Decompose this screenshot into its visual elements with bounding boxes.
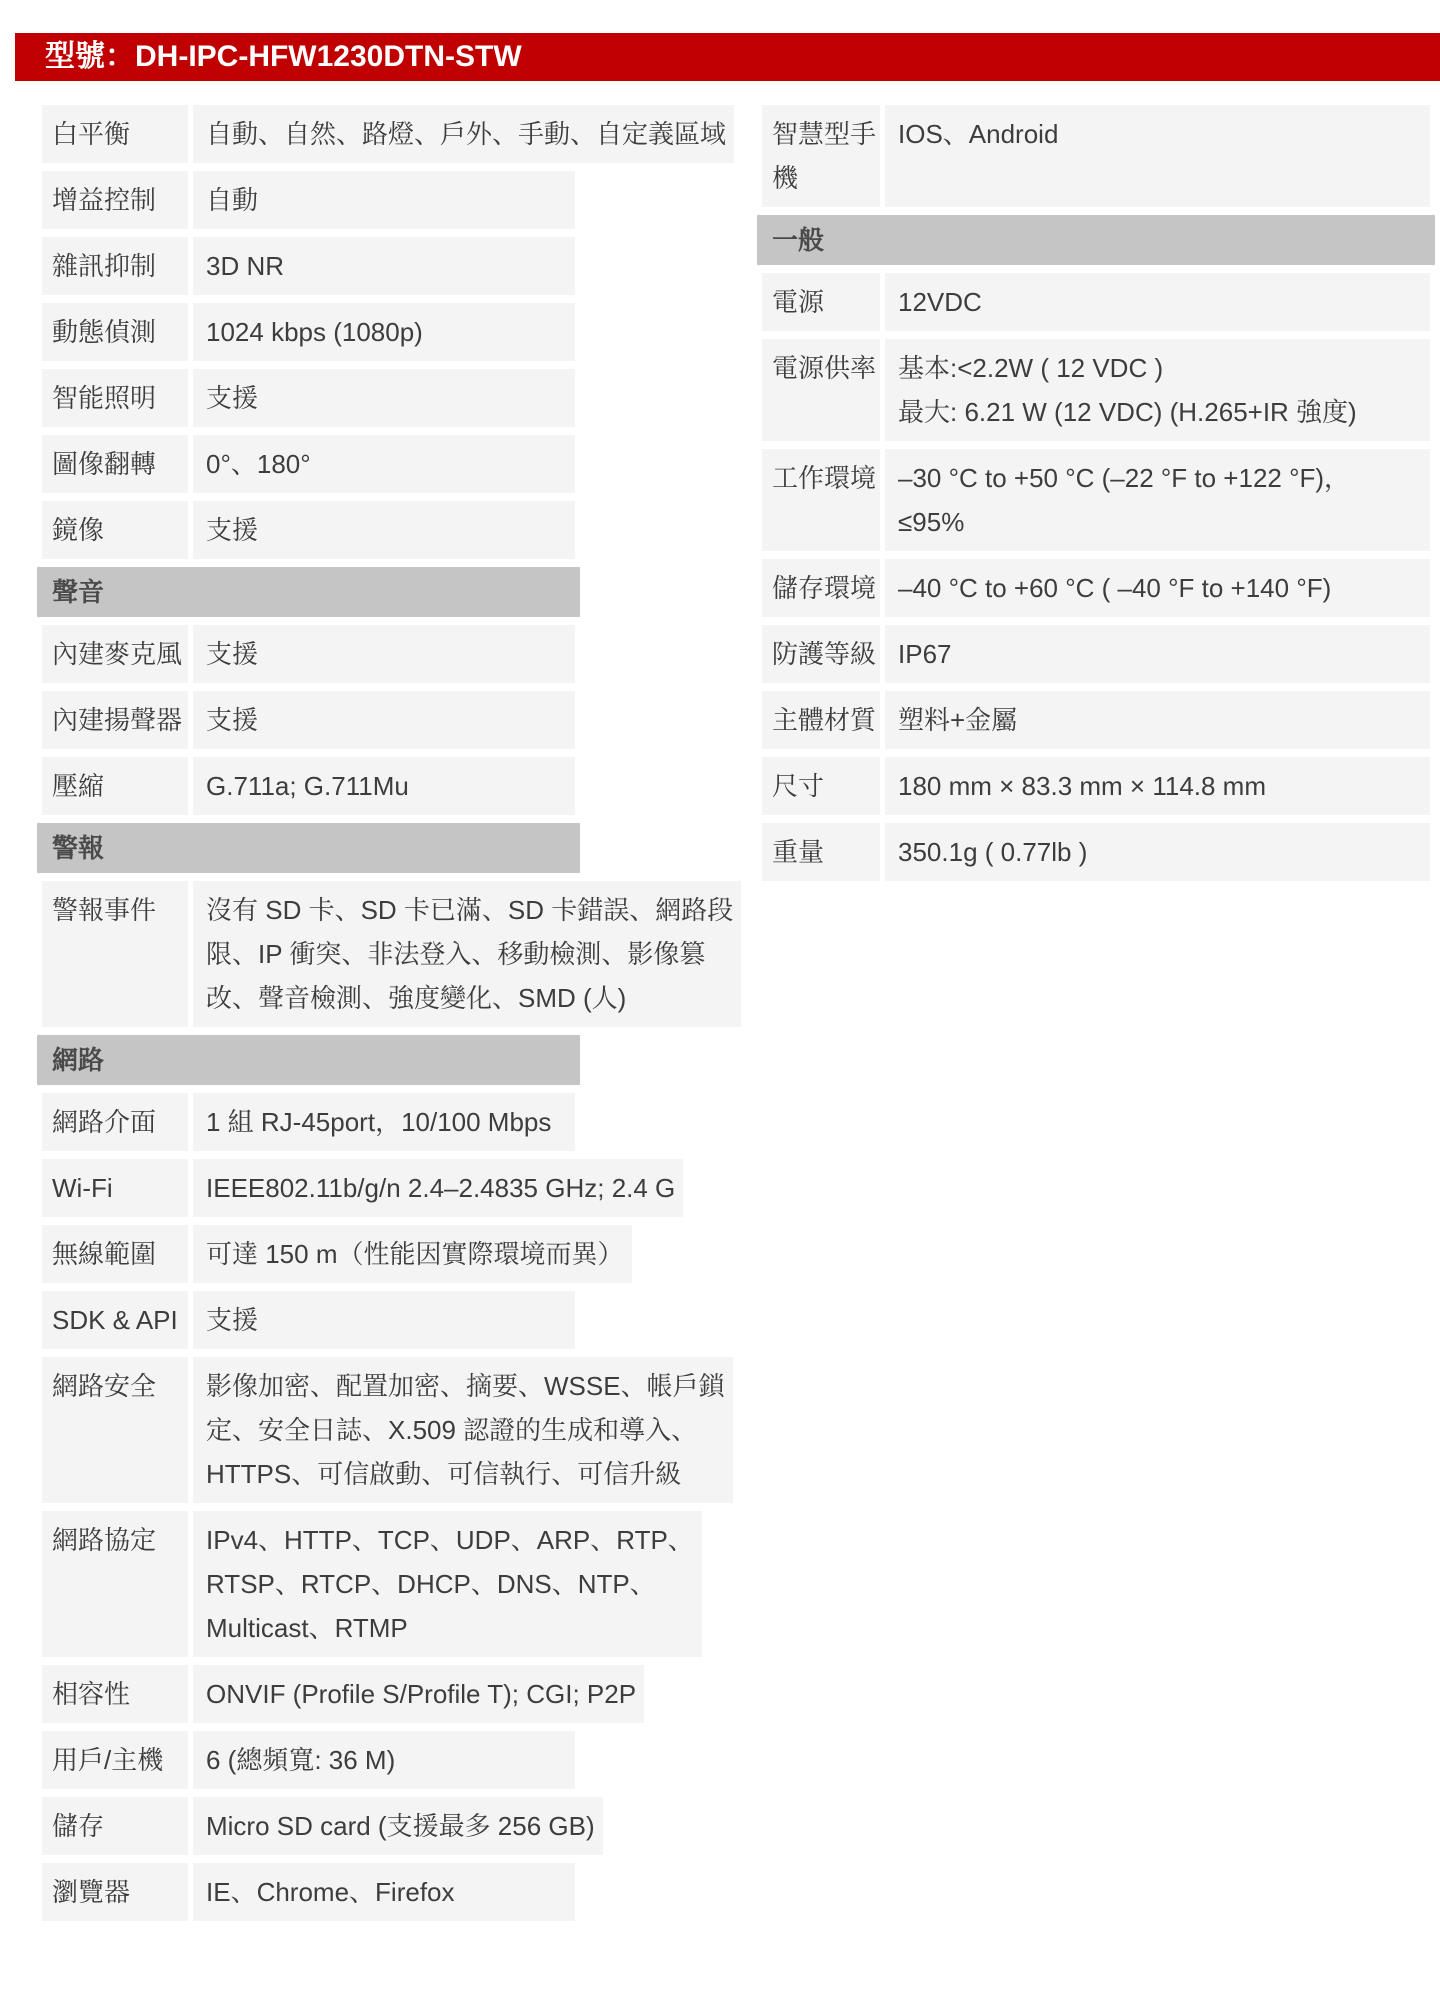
spec-label: 網路介面 bbox=[42, 1093, 188, 1151]
spec-value: –40 °C to +60 °C ( –40 °F to +140 °F) bbox=[885, 559, 1430, 617]
spec-row: 電源供率基本:<2.2W ( 12 VDC )最大: 6.21 W (12 VD… bbox=[762, 339, 1430, 441]
spec-label: 壓縮 bbox=[42, 757, 188, 815]
spec-value: IE、Chrome、Firefox bbox=[193, 1863, 575, 1921]
spec-row: 主體材質塑料+金屬 bbox=[762, 691, 1430, 749]
spec-label: 鏡像 bbox=[42, 501, 188, 559]
spec-value: IOS、Android bbox=[885, 105, 1430, 207]
spec-label: 工作環境 bbox=[762, 449, 880, 551]
spec-label: 儲存 bbox=[42, 1797, 188, 1855]
section-header: 網路 bbox=[37, 1035, 580, 1085]
spec-row: 內建麥克風支援 bbox=[42, 625, 575, 683]
spec-label: 白平衡 bbox=[42, 105, 188, 163]
spec-value: 1 組 RJ-45port，10/100 Mbps bbox=[193, 1093, 575, 1151]
spec-value: 6 (總頻寬: 36 M) bbox=[193, 1731, 575, 1789]
spec-label: 雜訊抑制 bbox=[42, 237, 188, 295]
model-title: 型號：DH-IPC-HFW1230DTN-STW bbox=[45, 40, 522, 73]
model-header-bar: 型號：DH-IPC-HFW1230DTN-STW bbox=[15, 33, 1440, 81]
spec-label: 用戶/主機 bbox=[42, 1731, 188, 1789]
spec-value: 350.1g ( 0.77lb ) bbox=[885, 823, 1430, 881]
spec-value: IPv4、HTTP、TCP、UDP、ARP、RTP、RTSP、RTCP、DHCP… bbox=[193, 1511, 702, 1657]
spec-row: 雜訊抑制3D NR bbox=[42, 237, 575, 295]
spec-label: 內建麥克風 bbox=[42, 625, 188, 683]
spec-value: 支援 bbox=[193, 1291, 575, 1349]
spec-value: –30 °C to +50 °C (–22 °F to +122 °F)，≤95… bbox=[885, 449, 1430, 551]
spec-label: 電源 bbox=[762, 273, 880, 331]
spec-table-left: 白平衡自動、自然、路燈、戶外、手動、自定義區域增益控制自動雜訊抑制3D NR動態… bbox=[42, 105, 575, 1921]
spec-value: IEEE802.11b/g/n 2.4–2.4835 GHz; 2.4 G bbox=[193, 1159, 683, 1217]
spec-row: 重量350.1g ( 0.77lb ) bbox=[762, 823, 1430, 881]
spec-label: 主體材質 bbox=[762, 691, 880, 749]
spec-row: 儲存環境–40 °C to +60 °C ( –40 °F to +140 °F… bbox=[762, 559, 1430, 617]
section-header: 警報 bbox=[37, 823, 580, 873]
spec-label: Wi-Fi bbox=[42, 1159, 188, 1217]
spec-value: 影像加密、配置加密、摘要、WSSE、帳戶鎖定、安全日誌、X.509 認證的生成和… bbox=[193, 1357, 733, 1503]
spec-value: 自動 bbox=[193, 171, 575, 229]
spec-label: 智能照明 bbox=[42, 369, 188, 427]
spec-label: 防護等級 bbox=[762, 625, 880, 683]
section-header: 聲音 bbox=[37, 567, 580, 617]
spec-row: 電源12VDC bbox=[762, 273, 1430, 331]
spec-row: 內建揚聲器支援 bbox=[42, 691, 575, 749]
spec-row: 圖像翻轉0°、180° bbox=[42, 435, 575, 493]
section-header: 一般 bbox=[757, 215, 1435, 265]
spec-row: 無線範圍可達 150 m（性能因實際環境而異） bbox=[42, 1225, 575, 1283]
spec-row: 用戶/主機6 (總頻寬: 36 M) bbox=[42, 1731, 575, 1789]
spec-label: 智慧型手機 bbox=[762, 105, 880, 207]
spec-label: 重量 bbox=[762, 823, 880, 881]
spec-row: 尺寸180 mm × 83.3 mm × 114.8 mm bbox=[762, 757, 1430, 815]
spec-value: 沒有 SD 卡、SD 卡已滿、SD 卡錯誤、網路段限、IP 衝突、非法登入、移動… bbox=[193, 881, 741, 1027]
spec-value: 塑料+金屬 bbox=[885, 691, 1430, 749]
spec-row: 網路介面1 組 RJ-45port，10/100 Mbps bbox=[42, 1093, 575, 1151]
spec-row: 相容性ONVIF (Profile S/Profile T); CGI; P2P bbox=[42, 1665, 575, 1723]
spec-row: 工作環境–30 °C to +50 °C (–22 °F to +122 °F)… bbox=[762, 449, 1430, 551]
spec-value: 3D NR bbox=[193, 237, 575, 295]
spec-row: 警報事件沒有 SD 卡、SD 卡已滿、SD 卡錯誤、網路段限、IP 衝突、非法登… bbox=[42, 881, 575, 1027]
spec-label: 警報事件 bbox=[42, 881, 188, 1027]
spec-row: 防護等級IP67 bbox=[762, 625, 1430, 683]
spec-label: 電源供率 bbox=[762, 339, 880, 441]
spec-label: 相容性 bbox=[42, 1665, 188, 1723]
spec-value: 支援 bbox=[193, 691, 575, 749]
spec-label: 增益控制 bbox=[42, 171, 188, 229]
spec-value: 1024 kbps (1080p) bbox=[193, 303, 575, 361]
spec-value: 支援 bbox=[193, 501, 575, 559]
spec-value: 自動、自然、路燈、戶外、手動、自定義區域 bbox=[193, 105, 734, 163]
spec-value: 支援 bbox=[193, 369, 575, 427]
spec-label: 儲存環境 bbox=[762, 559, 880, 617]
spec-value: ONVIF (Profile S/Profile T); CGI; P2P bbox=[193, 1665, 644, 1723]
spec-label: 網路安全 bbox=[42, 1357, 188, 1503]
spec-value: 支援 bbox=[193, 625, 575, 683]
spec-label: 圖像翻轉 bbox=[42, 435, 188, 493]
spec-value: G.711a; G.711Mu bbox=[193, 757, 575, 815]
spec-row: 儲存Micro SD card (支援最多 256 GB) bbox=[42, 1797, 575, 1855]
spec-label: 瀏覽器 bbox=[42, 1863, 188, 1921]
spec-value: 180 mm × 83.3 mm × 114.8 mm bbox=[885, 757, 1430, 815]
spec-label: 網路協定 bbox=[42, 1511, 188, 1657]
spec-value: Micro SD card (支援最多 256 GB) bbox=[193, 1797, 603, 1855]
spec-value: 基本:<2.2W ( 12 VDC )最大: 6.21 W (12 VDC) (… bbox=[885, 339, 1430, 441]
spec-label: 動態偵測 bbox=[42, 303, 188, 361]
spec-table-right: 智慧型手機IOS、Android一般電源12VDC電源供率基本:<2.2W ( … bbox=[762, 105, 1430, 881]
spec-row: 鏡像支援 bbox=[42, 501, 575, 559]
spec-row: 網路協定IPv4、HTTP、TCP、UDP、ARP、RTP、RTSP、RTCP、… bbox=[42, 1511, 575, 1657]
spec-label: 尺寸 bbox=[762, 757, 880, 815]
spec-value: 12VDC bbox=[885, 273, 1430, 331]
spec-row: Wi-FiIEEE802.11b/g/n 2.4–2.4835 GHz; 2.4… bbox=[42, 1159, 575, 1217]
spec-row: 瀏覽器IE、Chrome、Firefox bbox=[42, 1863, 575, 1921]
spec-label: 內建揚聲器 bbox=[42, 691, 188, 749]
spec-row: SDK & API支援 bbox=[42, 1291, 575, 1349]
spec-row: 白平衡自動、自然、路燈、戶外、手動、自定義區域 bbox=[42, 105, 575, 163]
spec-row: 智能照明支援 bbox=[42, 369, 575, 427]
spec-value: 可達 150 m（性能因實際環境而異） bbox=[193, 1225, 632, 1283]
spec-row: 網路安全影像加密、配置加密、摘要、WSSE、帳戶鎖定、安全日誌、X.509 認證… bbox=[42, 1357, 575, 1503]
spec-label: SDK & API bbox=[42, 1291, 188, 1349]
spec-label: 無線範圍 bbox=[42, 1225, 188, 1283]
spec-row: 增益控制自動 bbox=[42, 171, 575, 229]
spec-row: 智慧型手機IOS、Android bbox=[762, 105, 1430, 207]
spec-row: 壓縮G.711a; G.711Mu bbox=[42, 757, 575, 815]
spec-value: 0°、180° bbox=[193, 435, 575, 493]
spec-value: IP67 bbox=[885, 625, 1430, 683]
spec-row: 動態偵測1024 kbps (1080p) bbox=[42, 303, 575, 361]
